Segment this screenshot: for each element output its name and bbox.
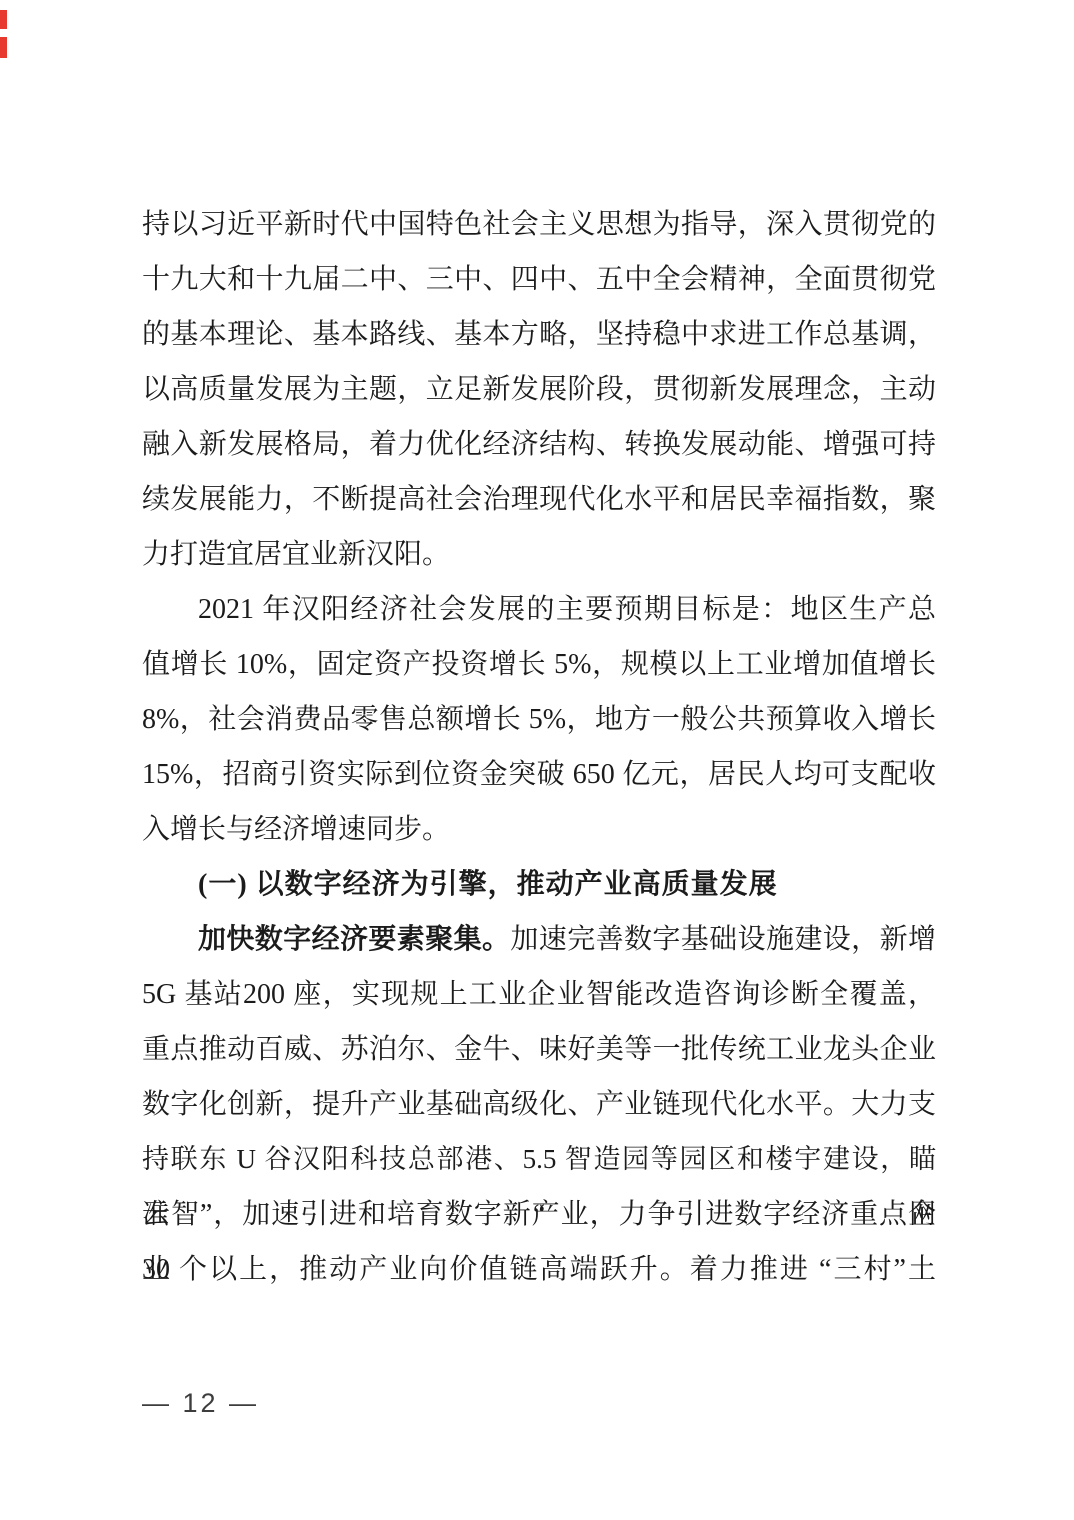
paragraph-line: 十九大和十九届二中、三中、四中、五中全会精神，全面贯彻党 [142, 252, 936, 307]
paragraph-lead-bold: 加快数字经济要素聚集。 [198, 924, 510, 955]
paragraph-line: 重点推动百威、苏泊尔、金牛、味好美等一批传统工业龙头企业 [142, 1022, 936, 1077]
paragraph-line: 持以习近平新时代中国特色社会主义思想为指导，深入贯彻党的 [142, 197, 936, 252]
paragraph-line: 5G 基站200 座，实现规上工业企业智能改造咨询诊断全覆盖， [142, 967, 936, 1022]
paragraph-line: 数字化创新，提升产业基础高级化、产业链现代化水平。大力支 [142, 1077, 936, 1132]
paragraph-line: 30 个以上，推动产业向价值链高端跃升。着力推进 “三村”土 [142, 1242, 936, 1297]
paragraph-line: 15%，招商引资实际到位资金突破 650 亿元，居民人均可支配收 [142, 747, 936, 802]
document-page: 持以习近平新时代中国特色社会主义思想为指导，深入贯彻党的 十九大和十九届二中、三… [0, 0, 1074, 1520]
paragraph-text: 加速完善数字基础设施建设，新增 [510, 924, 936, 955]
paragraph-line: 的基本理论、基本路线、基本方略，坚持稳中求进工作总基调， [142, 307, 936, 362]
paragraph-line: 持联东 U 谷汉阳科技总部港、5.5 智造园等园区和楼宇建设，瞄准“网 [142, 1132, 936, 1187]
scan-artifact-red-mark [0, 10, 7, 29]
paragraph-line: 值增长 10%，固定资产投资增长 5%，规模以上工业增加值增长 [142, 637, 936, 692]
paragraph-line: 融入新发展格局，着力优化经济结构、转换发展动能、增强可持 [142, 417, 936, 472]
page-footer: — 12 — [142, 1385, 259, 1421]
paragraph-line: 2021 年汉阳经济社会发展的主要预期目标是：地区生产总 [142, 582, 936, 637]
paragraph-line: 力打造宜居宜业新汉阳。 [142, 527, 936, 582]
paragraph-line: 以高质量发展为主题，立足新发展阶段，贯彻新发展理念，主动 [142, 362, 936, 417]
scan-artifact-red-mark [0, 37, 7, 58]
page-number: — 12 — [142, 1388, 259, 1418]
document-body: 持以习近平新时代中国特色社会主义思想为指导，深入贯彻党的 十九大和十九届二中、三… [142, 197, 936, 1297]
paragraph-line: 入增长与经济增速同步。 [142, 802, 936, 857]
paragraph-line: 8%，社会消费品零售总额增长 5%，地方一般公共预算收入增长 [142, 692, 936, 747]
paragraph-line: 续发展能力，不断提高社会治理现代化水平和居民幸福指数，聚 [142, 472, 936, 527]
section-heading: (一) 以数字经济为引擎，推动产业高质量发展 [142, 857, 936, 912]
paragraph-line: 加快数字经济要素聚集。加速完善数字基础设施建设，新增 [142, 912, 936, 967]
paragraph-line: 云智”，加速引进和培育数字新产业，力争引进数字经济重点企业 [142, 1187, 936, 1242]
